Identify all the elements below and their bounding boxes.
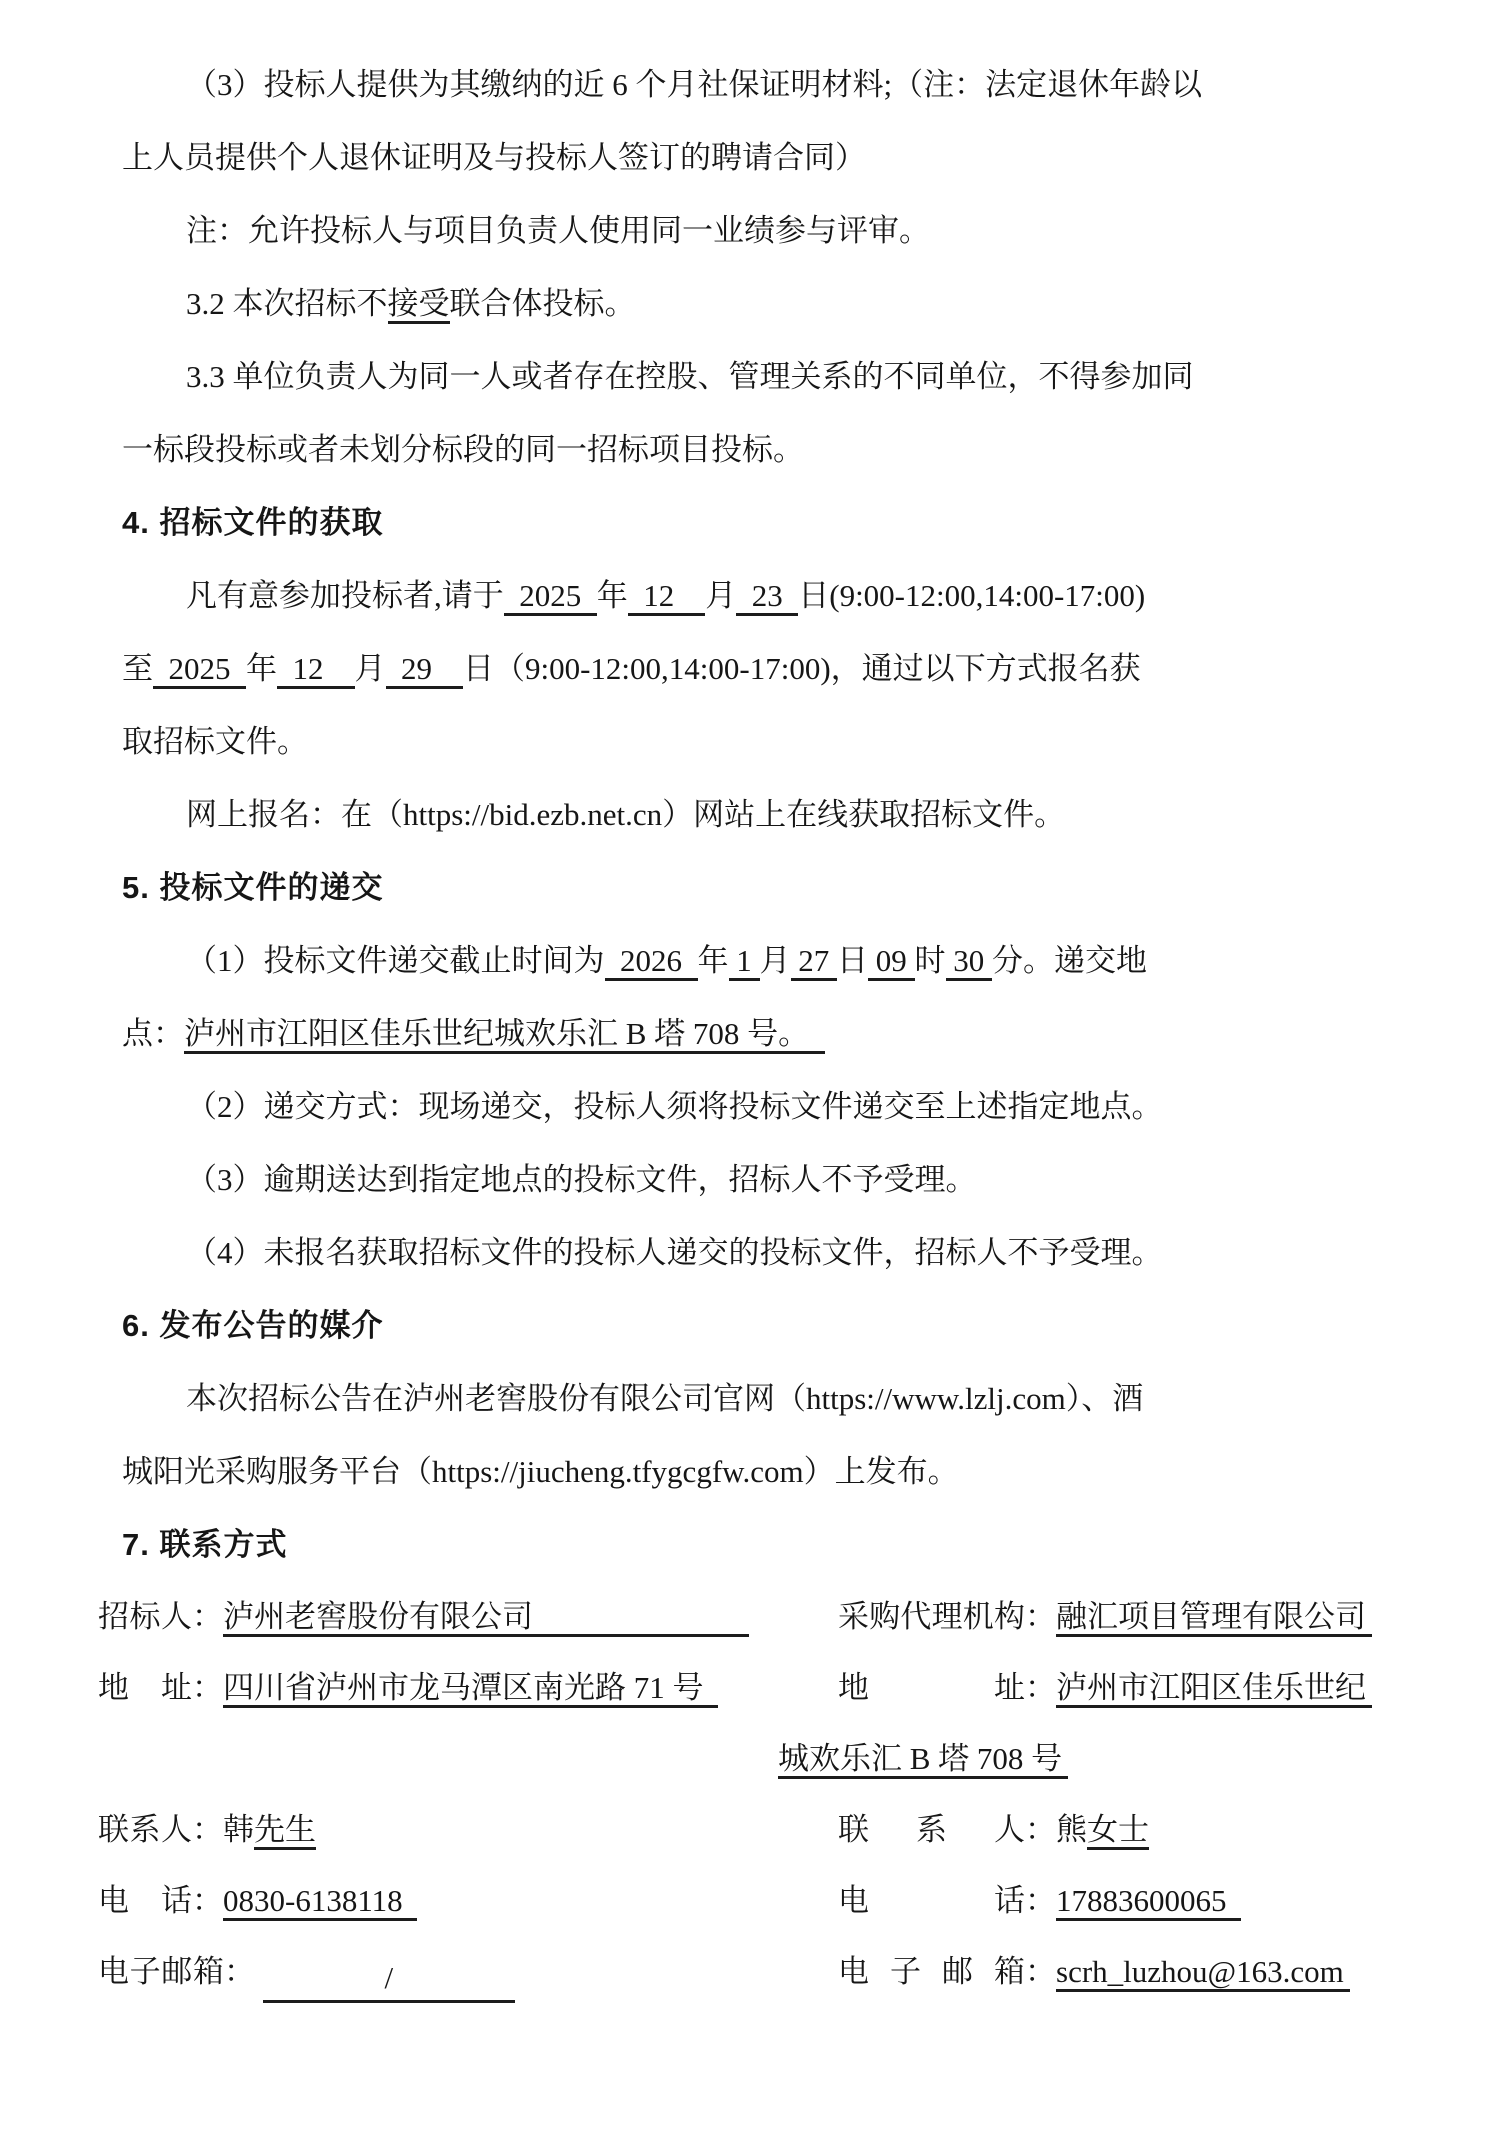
- tenderer-email-row: 电子邮箱： /: [98, 1936, 838, 2007]
- section-heading: 5. 投标文件的递交: [122, 851, 1442, 924]
- text-run: 月: [355, 651, 386, 686]
- underlined-text: 接受: [388, 286, 450, 324]
- underlined-text: 30: [946, 943, 993, 981]
- text-run: 网上报名：在（https://bid.ezb.net.cn）网站上在线获取招标文…: [186, 797, 1065, 832]
- tenderer-phone-row: 电话：0830-6138118: [98, 1865, 838, 1936]
- underlined-text: 2025: [504, 578, 597, 616]
- tenderer-address-label: 地址: [98, 1652, 192, 1723]
- colon: ：: [1025, 1812, 1056, 1847]
- text-run: 至: [122, 651, 153, 686]
- text-run: 取招标文件。: [122, 724, 308, 759]
- underlined-text: 23: [736, 578, 798, 616]
- paragraph-line: 网上报名：在（https://bid.ezb.net.cn）网站上在线获取招标文…: [122, 778, 1442, 851]
- paragraph-line: （3）逾期送达到指定地点的投标文件，招标人不予受理。: [122, 1143, 1442, 1216]
- tenderer-phone-label: 电话: [98, 1865, 192, 1936]
- empty-cell: [98, 1723, 838, 1794]
- underlined-text: 泸州市江阳区佳乐世纪城欢乐汇 B 塔 708 号。: [184, 1016, 825, 1054]
- tenderer-name: 泸州老窖股份有限公司: [223, 1599, 749, 1637]
- text-run: 联合体投标。: [450, 286, 636, 321]
- agency-phone-label: 电话: [838, 1865, 1025, 1936]
- paragraph-line: 注：允许投标人与项目负责人使用同一业绩参与评审。: [122, 194, 1442, 267]
- agency-phone-row: 电话：17883600065: [838, 1865, 1478, 1936]
- text-run: 3.2 本次招标不: [186, 286, 388, 321]
- text-run: （4）未报名获取招标文件的投标人递交的投标文件，招标人不予受理。: [186, 1235, 1163, 1270]
- colon: ：: [1025, 1599, 1056, 1634]
- text-run: 6. 发布公告的媒介: [122, 1308, 383, 1343]
- section-heading: 6. 发布公告的媒介: [122, 1289, 1442, 1362]
- text-run: 年: [597, 578, 628, 613]
- text-run: 月: [760, 943, 791, 978]
- tenderer-email-label: 电子邮箱: [98, 1936, 224, 2007]
- paragraph-line: 取招标文件。: [122, 705, 1442, 778]
- text-run: 年: [246, 651, 277, 686]
- paragraph-line: 城阳光采购服务平台（https://jiucheng.tfygcgfw.com）…: [122, 1435, 1442, 1508]
- tenderer-address: 四川省泸州市龙马潭区南光路 71 号: [223, 1670, 718, 1708]
- paragraph-line: （4）未报名获取招标文件的投标人递交的投标文件，招标人不予受理。: [122, 1216, 1442, 1289]
- tenderer-contact-label: 联系人: [98, 1794, 192, 1865]
- underlined-text: 2025: [153, 651, 246, 689]
- tenderer-address-row: 地址：四川省泸州市龙马潭区南光路 71 号: [98, 1652, 838, 1723]
- colon: ：: [1025, 1670, 1056, 1705]
- agency-email: scrh_luzhou@163.com: [1056, 1954, 1350, 1992]
- colon: ：: [1025, 1954, 1056, 1989]
- colon: ：: [1025, 1883, 1056, 1918]
- contact-section: 招标人：泸州老窖股份有限公司 采购代理机构：融汇项目管理有限公司 地址：四川省泸…: [0, 1581, 1500, 2007]
- text-run: 分。递交地: [992, 943, 1147, 978]
- text-run: 注：允许投标人与项目负责人使用同一业绩参与评审。: [186, 213, 930, 248]
- paragraph-line: 3.2 本次招标不接受联合体投标。: [122, 267, 1442, 340]
- paragraph-line: 至 2025 年 12 月 29 日（9:00-12:00,14:00-17:0…: [122, 632, 1442, 705]
- agency-phone: 17883600065: [1056, 1883, 1241, 1921]
- agency-row: 采购代理机构：融汇项目管理有限公司: [838, 1581, 1478, 1652]
- text-run: （1）投标文件递交截止时间为: [186, 943, 605, 978]
- text-run: 4. 招标文件的获取: [122, 505, 383, 540]
- agency-address-row: 地址：泸州市江阳区佳乐世纪: [838, 1652, 1478, 1723]
- text-run: 上人员提供个人退休证明及与投标人签订的聘请合同）: [122, 140, 866, 175]
- underlined-text: 27: [791, 943, 838, 981]
- document-page: （3）投标人提供为其缴纳的近 6 个月社保证明材料;（注：法定退休年龄以上人员提…: [0, 0, 1500, 2152]
- agency-address-label: 地址: [838, 1652, 1025, 1723]
- colon: ：: [192, 1670, 223, 1705]
- colon: ：: [224, 1954, 255, 1989]
- tenderer-row: 招标人：泸州老窖股份有限公司: [98, 1581, 838, 1652]
- colon: ：: [192, 1883, 223, 1918]
- text-run: 凡有意参加投标者,请于: [186, 578, 504, 613]
- section-heading: 7. 联系方式: [122, 1508, 1442, 1581]
- underlined-text: 12: [628, 578, 706, 616]
- agency-address-continuation: 城欢乐汇 B 塔 708 号: [778, 1723, 1478, 1794]
- text-run: 3.3 单位负责人为同一人或者存在控股、管理关系的不同单位，不得参加同: [186, 359, 1194, 394]
- text-run: （3）逾期送达到指定地点的投标文件，招标人不予受理。: [186, 1162, 977, 1197]
- text-run: 7. 联系方式: [122, 1527, 287, 1562]
- agency-contact-title: 女士: [1087, 1812, 1149, 1850]
- paragraph-line: （2）递交方式：现场递交，投标人须将投标文件递交至上述指定地点。: [122, 1070, 1442, 1143]
- text-run: 日（9:00-12:00,14:00-17:00)，通过以下方式报名获: [463, 651, 1141, 686]
- text-run: 时: [915, 943, 946, 978]
- colon: ：: [192, 1812, 223, 1847]
- section-heading: 4. 招标文件的获取: [122, 486, 1442, 559]
- text-run: 日(9:00-12:00,14:00-17:00): [798, 578, 1145, 613]
- underlined-text: 29: [386, 651, 464, 689]
- text-run: 日: [837, 943, 868, 978]
- paragraph-line: 凡有意参加投标者,请于 2025 年 12 月 23 日(9:00-12:00,…: [122, 559, 1442, 632]
- text-run: 点：: [122, 1016, 184, 1051]
- paragraph-line: 一标段投标或者未划分标段的同一招标项目投标。: [122, 413, 1442, 486]
- paragraph-line: 3.3 单位负责人为同一人或者存在控股、管理关系的不同单位，不得参加同: [122, 340, 1442, 413]
- text-run: （3）投标人提供为其缴纳的近 6 个月社保证明材料;（注：法定退休年龄以: [186, 67, 1202, 102]
- agency-contact-row: 联系人：熊女士: [838, 1794, 1478, 1865]
- text-run: 月: [705, 578, 736, 613]
- paragraph-line: 本次招标公告在泸州老窖股份有限公司官网（https://www.lzlj.com…: [122, 1362, 1442, 1435]
- underlined-text: 1: [729, 943, 760, 981]
- agency-address-line2: 城欢乐汇 B 塔 708 号: [778, 1741, 1068, 1779]
- tenderer-contact-row: 联系人：韩先生: [98, 1794, 838, 1865]
- agency-email-label: 电子邮箱: [838, 1936, 1025, 2007]
- text-run: 城阳光采购服务平台（https://jiucheng.tfygcgfw.com）…: [122, 1454, 959, 1489]
- tenderer-email-blank: /: [263, 1956, 515, 2003]
- text-run: 5. 投标文件的递交: [122, 870, 383, 905]
- tenderer-contact-title: 先生: [254, 1812, 316, 1850]
- agency-name: 融汇项目管理有限公司: [1056, 1599, 1372, 1637]
- text-run: 本次招标公告在泸州老窖股份有限公司官网（https://www.lzlj.com…: [186, 1381, 1143, 1416]
- underlined-text: 12: [277, 651, 355, 689]
- agency-contact-label: 联系人: [838, 1794, 1025, 1865]
- text-run: 年: [698, 943, 729, 978]
- underlined-text: 09: [868, 943, 915, 981]
- agency-address-line1: 泸州市江阳区佳乐世纪: [1056, 1670, 1372, 1708]
- document-body: （3）投标人提供为其缴纳的近 6 个月社保证明材料;（注：法定退休年龄以上人员提…: [0, 0, 1500, 1581]
- paragraph-line: 上人员提供个人退休证明及与投标人签订的聘请合同）: [122, 121, 1442, 194]
- paragraph-line: （1）投标文件递交截止时间为 2026 年 1 月 27 日 09 时 30 分…: [122, 924, 1442, 997]
- paragraph-line: （3）投标人提供为其缴纳的近 6 个月社保证明材料;（注：法定退休年龄以: [122, 48, 1442, 121]
- tenderer-contact-surname: 韩: [223, 1812, 254, 1847]
- tenderer-phone: 0830-6138118: [223, 1883, 417, 1921]
- paragraph-line: 点：泸州市江阳区佳乐世纪城欢乐汇 B 塔 708 号。: [122, 997, 1442, 1070]
- agency-contact-surname: 熊: [1056, 1812, 1087, 1847]
- text-run: 一标段投标或者未划分标段的同一招标项目投标。: [122, 432, 804, 467]
- colon: ：: [192, 1599, 223, 1634]
- tenderer-label: 招标人: [98, 1581, 192, 1652]
- text-run: （2）递交方式：现场递交，投标人须将投标文件递交至上述指定地点。: [186, 1089, 1163, 1124]
- agency-label: 采购代理机构: [838, 1581, 1025, 1652]
- underlined-text: 2026: [605, 943, 698, 981]
- agency-email-row: 电子邮箱：scrh_luzhou@163.com: [838, 1936, 1478, 2007]
